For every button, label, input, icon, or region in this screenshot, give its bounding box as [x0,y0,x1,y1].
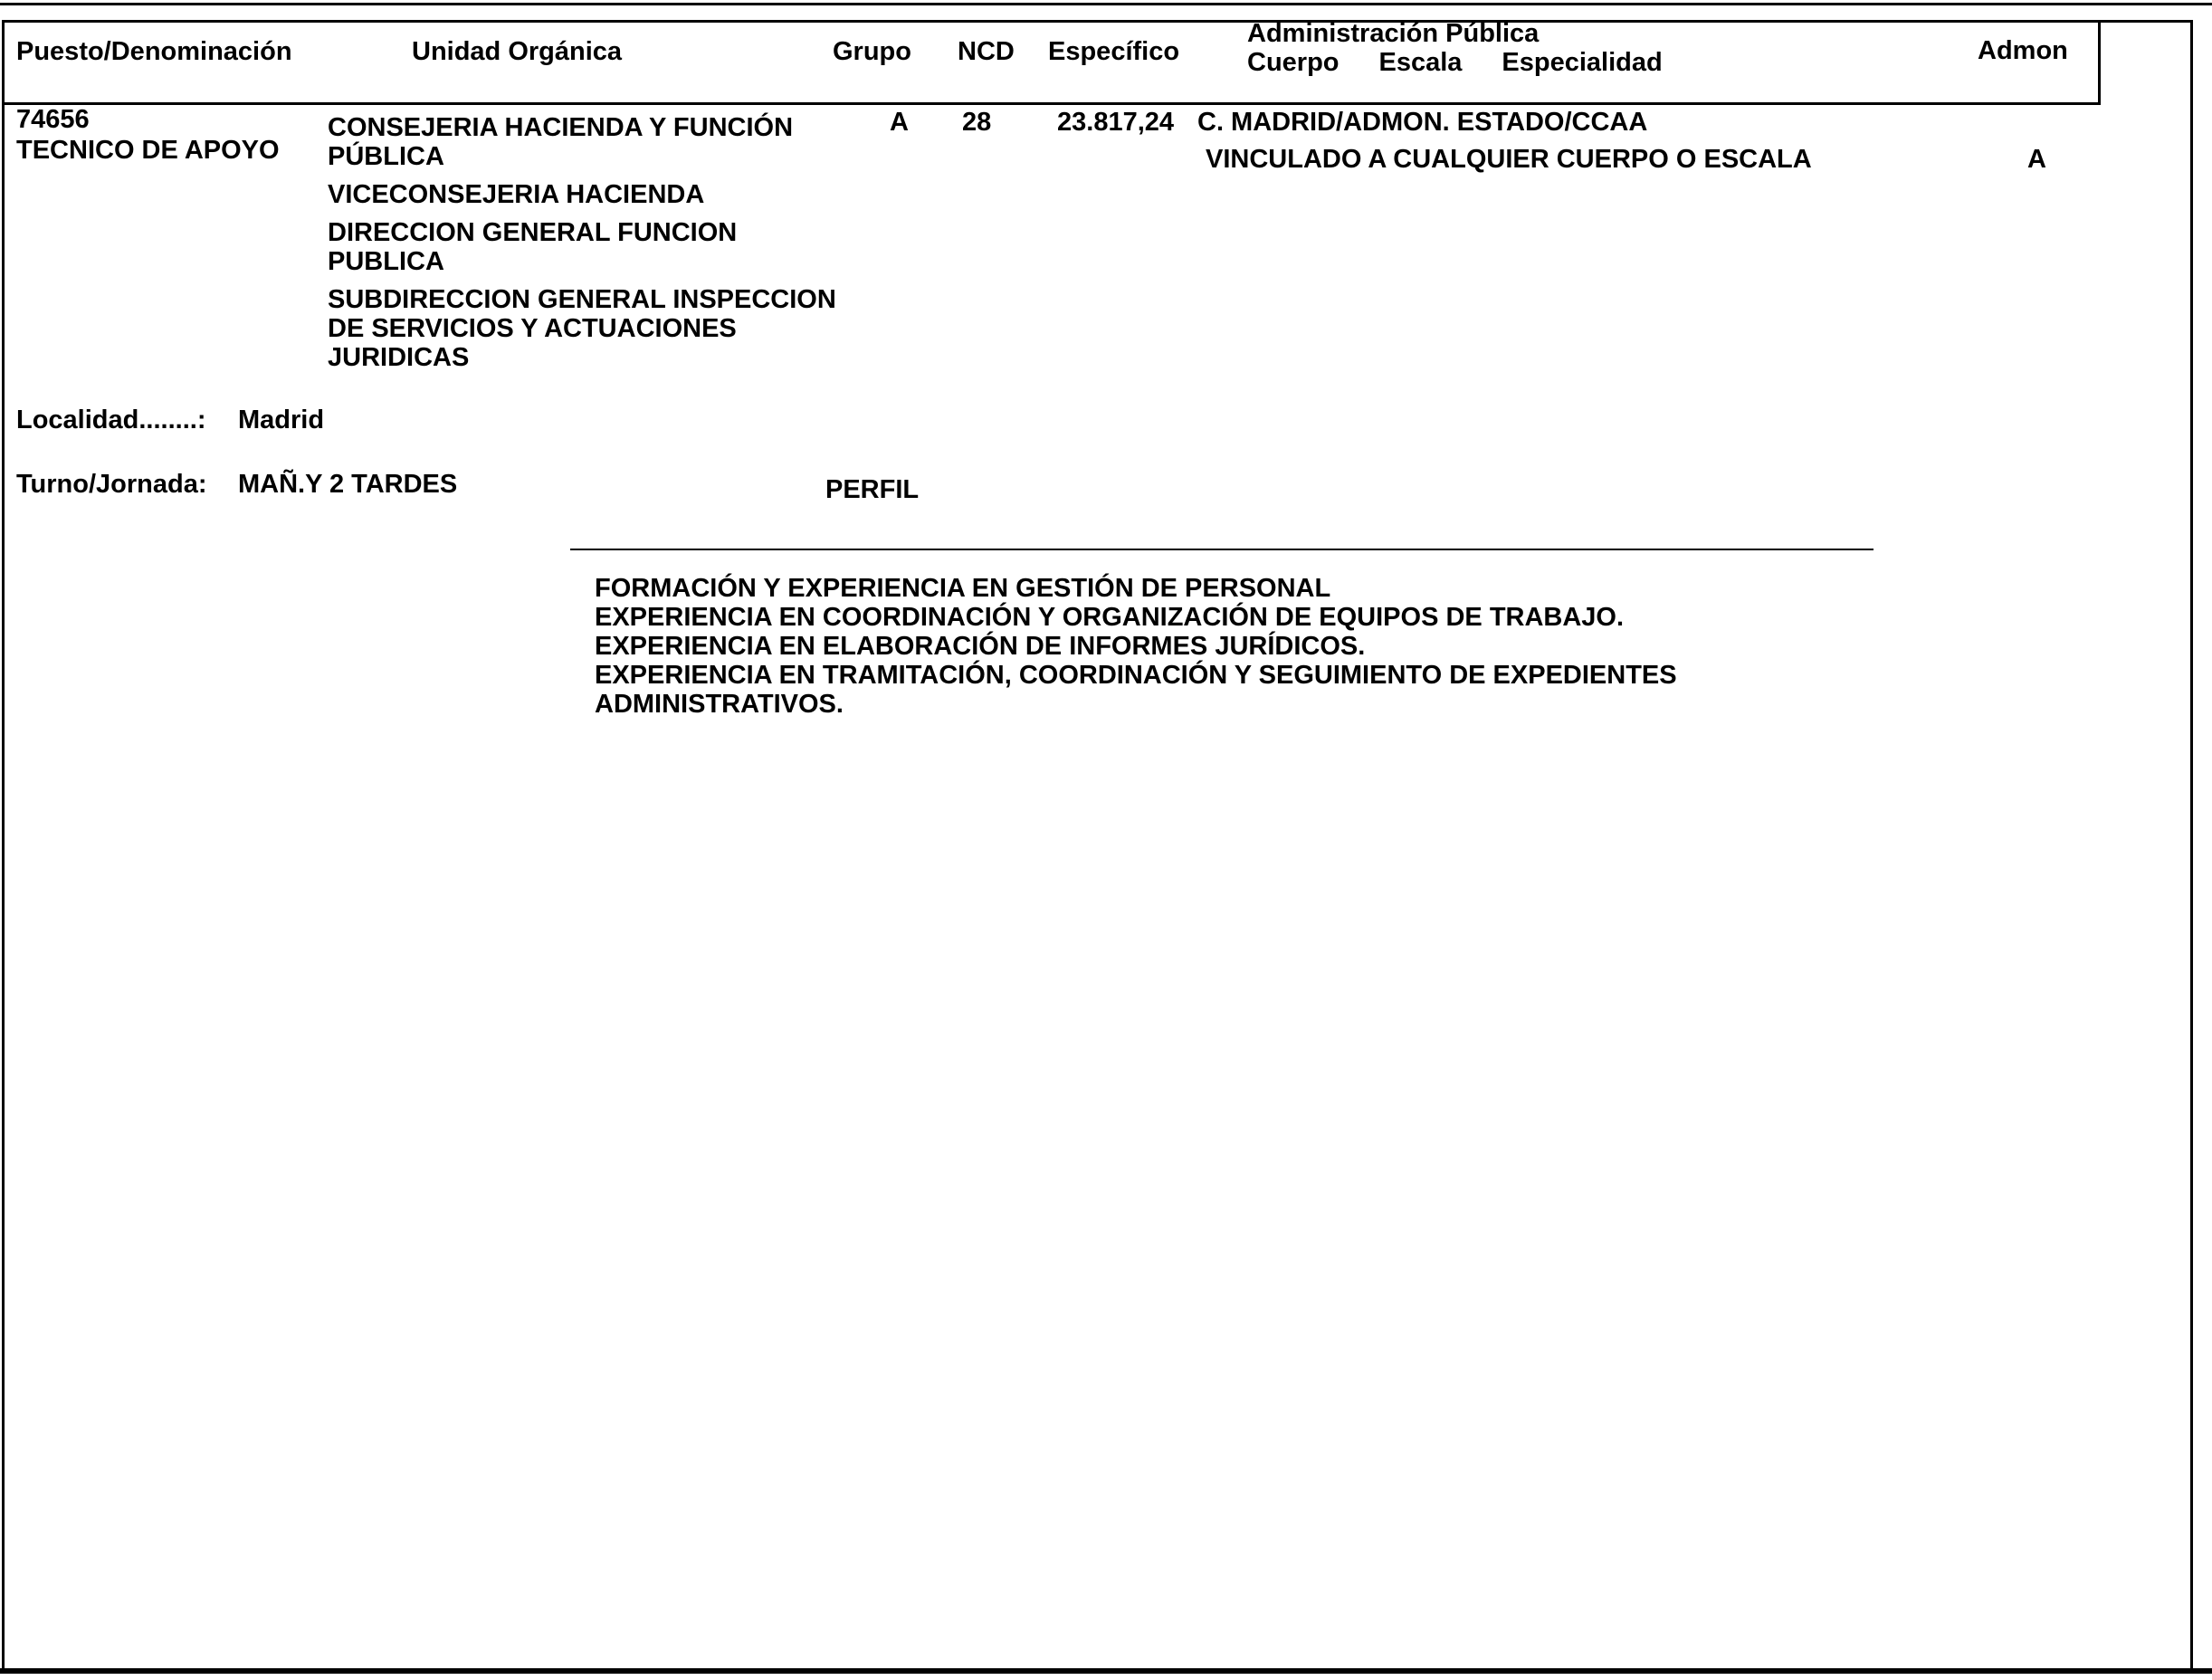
admon-value: A [2027,147,2046,173]
turno-jornada-label: Turno/Jornada: [16,472,207,498]
text-paragraph: SUBDIRECCION GENERAL INSPECCIONDE SERVIC… [328,285,836,372]
puesto-codigo: 74656 [16,107,90,133]
text-line: ADMINISTRATIVOS. [595,690,1677,719]
text-line: DE SERVICIOS Y ACTUACIONES [328,314,836,343]
grupo-value: A [890,110,909,136]
especifico-value: 23.817,24 [1057,110,1174,136]
column-header-cuerpo-escala-especialidad: CuerpoEscalaEspecialidad [1247,50,1663,76]
text-line: EXPERIENCIA EN TRAMITACIÓN, COORDINACIÓN… [595,661,1677,690]
text-paragraph: CONSEJERIA HACIENDA Y FUNCIÓNPÚBLICA [328,113,836,171]
text-line: Especialidad [1502,50,1662,76]
text-line: PUBLICA [328,247,836,276]
text-line: CONSEJERIA HACIENDA Y FUNCIÓN [328,113,836,142]
unidad-organica-cell: CONSEJERIA HACIENDA Y FUNCIÓNPÚBLICAVICE… [328,113,836,381]
localidad-label: Localidad........: [16,407,205,434]
bottom-rule [0,1668,2212,1674]
perfil-title: PERFIL [825,477,919,503]
text-line: DIRECCION GENERAL FUNCION [328,218,836,247]
text-line: VICECONSEJERIA HACIENDA [328,180,836,209]
job-listing-page: Puesto/Denominación Unidad Orgánica Grup… [0,0,2212,1680]
column-header-puesto: Puesto/Denominación [16,39,292,65]
page-left-border [2,20,5,1671]
turno-jornada-value: MAÑ.Y 2 TARDES [238,472,457,498]
column-header-administracion-publica: Administración Pública [1247,21,1539,47]
text-line: JURIDICAS [328,343,836,372]
administracion-publica-value: C. MADRID/ADMON. ESTADO/CCAA [1197,110,1647,136]
header-box-right-border [2098,20,2101,105]
localidad-value: Madrid [238,407,324,434]
top-rule [0,3,2212,5]
header-box-top-border [2,20,2193,23]
perfil-lines: FORMACIÓN Y EXPERIENCIA EN GESTIÓN DE PE… [595,574,1677,719]
perfil-divider-rule [570,549,1874,550]
column-header-unidad: Unidad Orgánica [412,39,622,65]
text-paragraph: DIRECCION GENERAL FUNCIONPUBLICA [328,218,836,276]
column-header-admon: Admon [1978,38,2068,64]
column-header-especifico: Específico [1048,39,1179,65]
text-line: PÚBLICA [328,142,836,171]
text-line: SUBDIRECCION GENERAL INSPECCION [328,285,836,314]
text-line: FORMACIÓN Y EXPERIENCIA EN GESTIÓN DE PE… [595,574,1677,603]
column-header-grupo: Grupo [833,39,911,65]
text-line: EXPERIENCIA EN ELABORACIÓN DE INFORMES J… [595,632,1677,661]
column-header-ncd: NCD [958,39,1015,65]
ncd-value: 28 [962,110,991,136]
puesto-denominacion: TECNICO DE APOYO [16,138,280,164]
cuerpo-escala-value: VINCULADO A CUALQUIER CUERPO O ESCALA [1206,147,1812,173]
header-box-bottom-border [2,102,2101,105]
text-line: Cuerpo [1247,50,1340,76]
text-line: Escala [1379,50,1463,76]
text-line: EXPERIENCIA EN COORDINACIÓN Y ORGANIZACI… [595,603,1677,632]
text-paragraph: VICECONSEJERIA HACIENDA [328,180,836,209]
page-right-border [2190,20,2193,1671]
